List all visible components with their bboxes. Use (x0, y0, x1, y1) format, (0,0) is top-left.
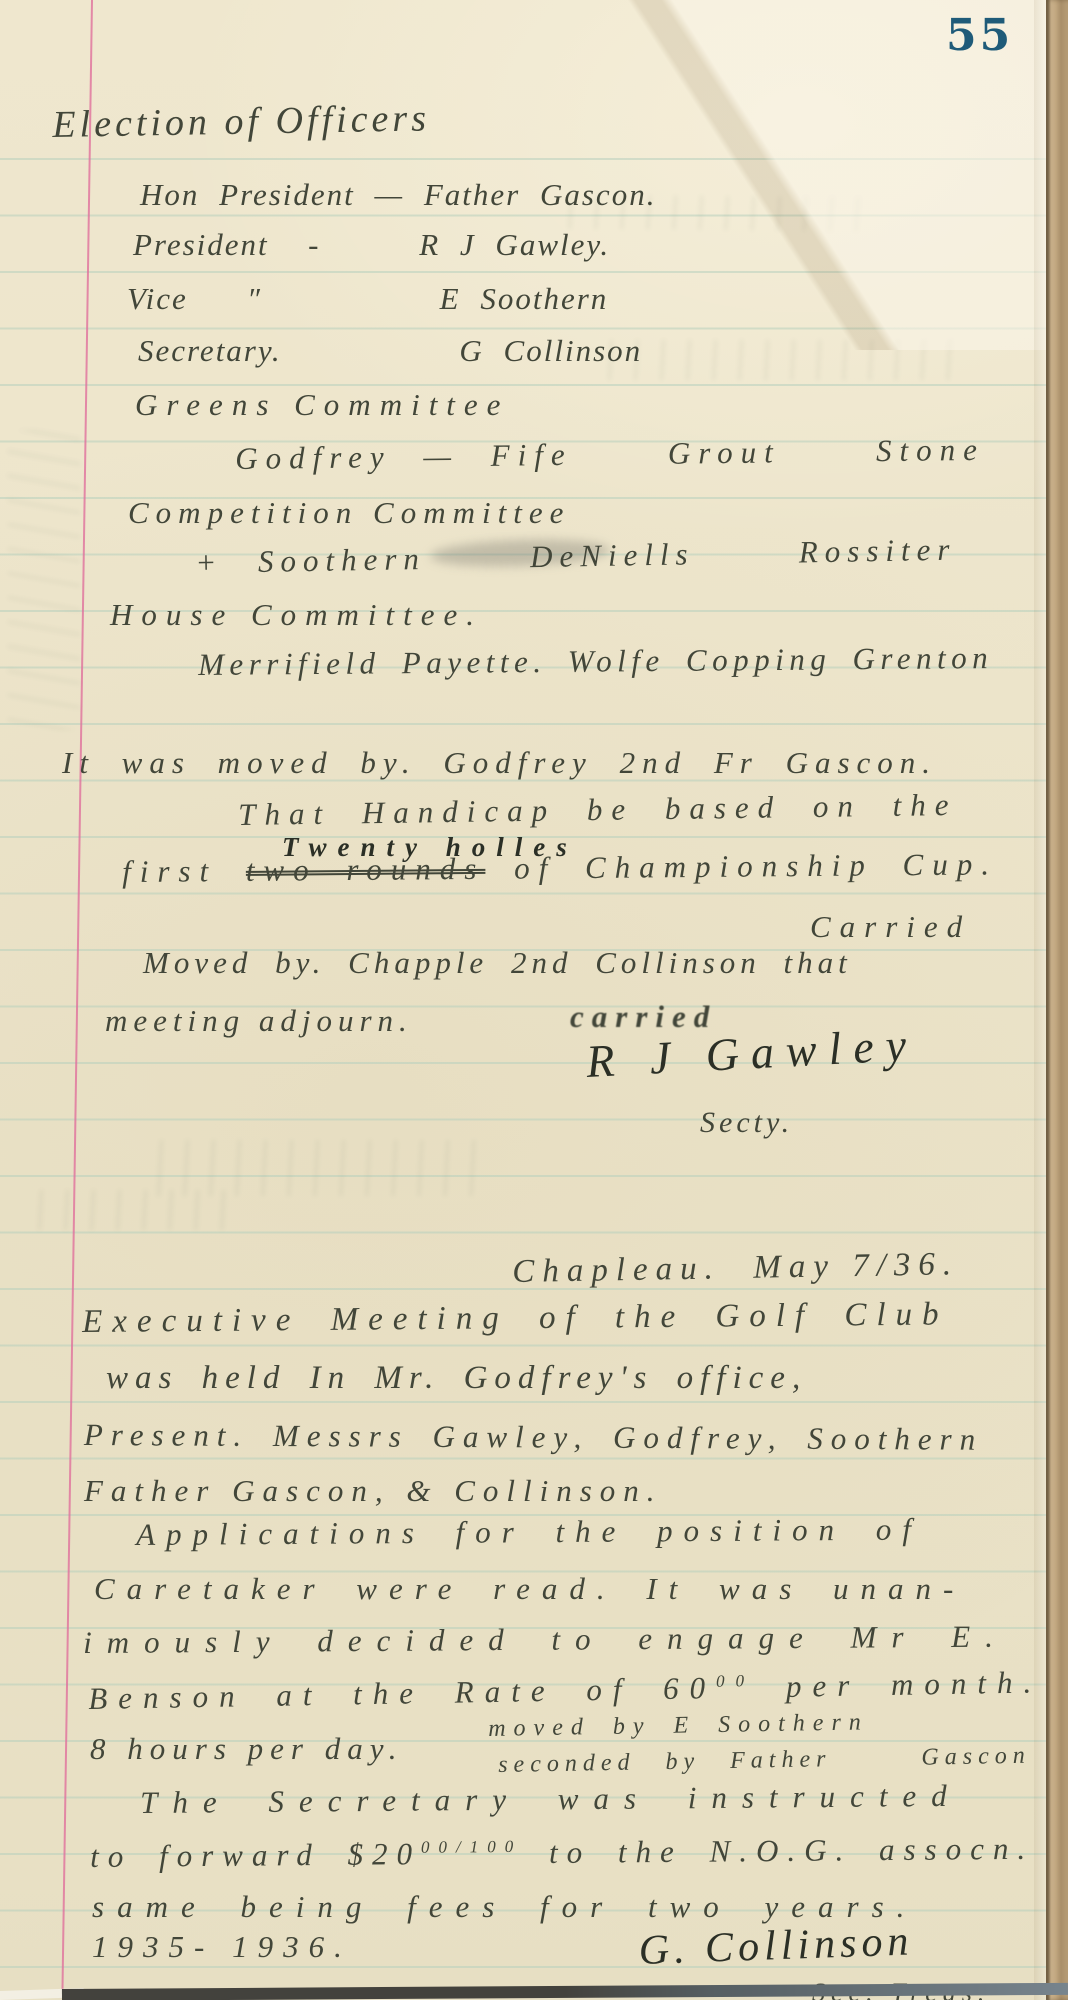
hw-greens-committee: Greens Committee (135, 388, 509, 423)
ink-showthrough (8, 430, 80, 730)
hw-vice-president: Vice ″ E Soothern (127, 282, 608, 317)
hw-house-committee: House Committee. (110, 598, 483, 633)
ink-showthrough (30, 1190, 230, 1230)
hw-exec-meeting-4: Father Gascon, & Collinson. (84, 1474, 663, 1509)
ink-showthrough (150, 1140, 480, 1196)
hw-exec-meeting-1: Executive Meeting of the Golf Club (82, 1296, 949, 1341)
hw-signature-collinson: G. Collinson (638, 1918, 914, 1975)
hw-applications-5: 8 hours per day. (90, 1732, 404, 1767)
hw-exec-meeting-3: Present. Messrs Gawley, Godfrey, Soother… (84, 1418, 983, 1457)
binding-edge (1046, 0, 1068, 2000)
hw-secretary: Secretary. G Collinson (138, 334, 642, 369)
hw-secretary-instructed-3: same being fees for two years. (92, 1890, 917, 1925)
hw-heading-election: Election of Officers (52, 97, 430, 146)
hw-carried-1: Carried (810, 910, 971, 945)
ledger-page: 55 Election of OfficersHon President — F… (0, 0, 1068, 2000)
hw-secretary-instructed-1: The Secretary was instructed (140, 1779, 962, 1821)
hw-motion-adjourn-1: Moved by. Chapple 2nd Collinson that (143, 946, 852, 981)
page-number: 55 (946, 10, 1013, 61)
hw-signature-gawley-title: Secty. (700, 1106, 793, 1140)
hw-dateline: Chapleau. May 7/36. (512, 1246, 959, 1291)
hw-applications-3: imously decided to engage Mr E. (83, 1620, 1008, 1661)
hw-house-members: Merrifield Payette. Wolfe Copping Grento… (198, 641, 993, 683)
page-edge-crease (1034, 0, 1046, 2000)
hw-exec-meeting-2: was held In Mr. Godfrey's office, (106, 1360, 807, 1397)
hw-applications-1: Applications for the position of (136, 1513, 922, 1553)
hw-motion-handicap-1: It was moved by. Godfrey 2nd Fr Gascon. (62, 746, 937, 781)
hw-competition-committee: Competition Committee (128, 496, 570, 531)
hw-years: 1935- 1936. (92, 1930, 352, 1965)
hw-hon-president: Hon President — Father Gascon. (140, 178, 656, 213)
hw-applications-2: Caretaker were read. It was unan- (94, 1572, 965, 1607)
hw-president: President - R J Gawley. (133, 228, 610, 263)
hw-motion-adjourn-2: meeting adjourn. (105, 1004, 413, 1039)
